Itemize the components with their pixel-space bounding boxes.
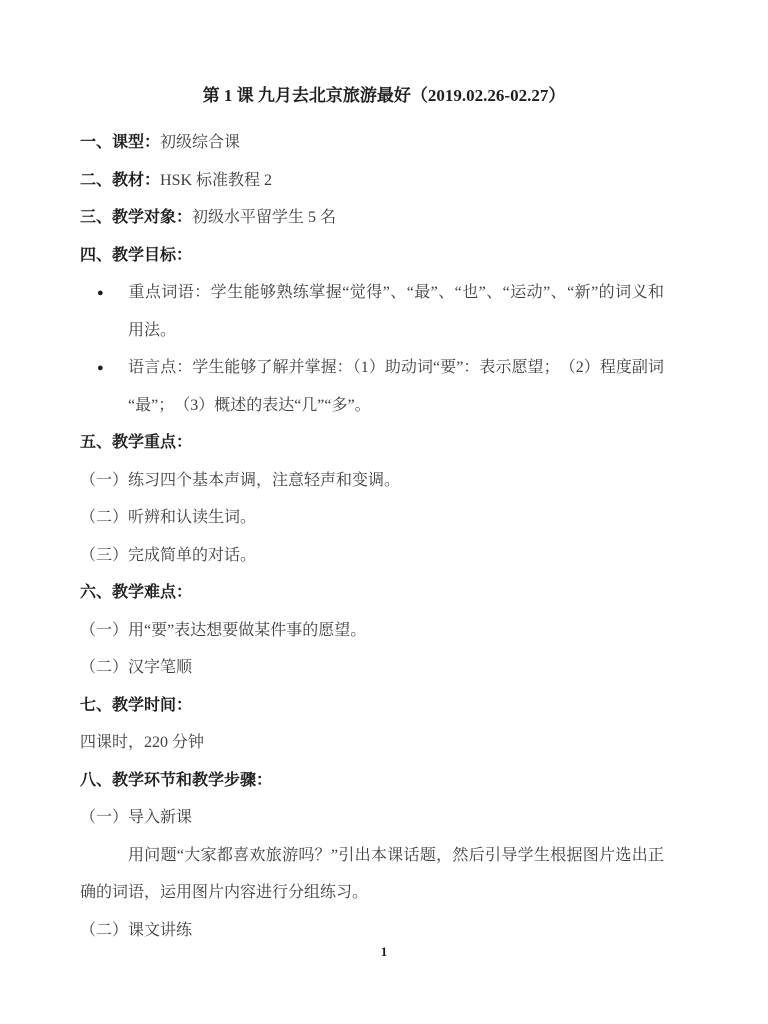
item-simple-dialogue: （三）完成简单的对话。 (80, 537, 664, 575)
item-listen-read-words: （二）听辨和认读生词。 (80, 499, 664, 537)
bullet-item-key-words-continued: 用法。 (80, 312, 664, 350)
heading-label: 四、教学目标： (80, 247, 192, 264)
item-lesson-introduction: （一）导入新课 (80, 799, 664, 837)
heading-value: HSK 标准教程 2 (160, 172, 272, 189)
paragraph-intro-line-1: 用问题“大家都喜欢旅游吗？”引出本课话题，然后引导学生根据图片选出正 (80, 837, 664, 875)
document-page: 第 1 课 九月去北京旅游最好（2019.02.26-02.27） 一、课型：初… (0, 0, 768, 1024)
heading-teaching-time: 七、教学时间： (80, 687, 664, 725)
heading-label: 五、教学重点： (80, 434, 192, 451)
bullet-text: 语言点：学生能够了解并掌握：（1）助动词“要”：表示愿望； （2）程度副词 (128, 359, 664, 376)
text-class-hours: 四课时，220 分钟 (80, 724, 664, 762)
item-stroke-order: （二）汉字笔顺 (80, 649, 664, 687)
heading-teaching-steps: 八、教学环节和教学步骤： (80, 762, 664, 800)
heading-label: 八、教学环节和教学步骤： (80, 772, 272, 789)
bullet-icon: ● (97, 350, 128, 388)
heading-course-type: 一、课型：初级综合课 (80, 124, 664, 162)
heading-label: 六、教学难点： (80, 584, 192, 601)
bullet-icon: ● (97, 275, 128, 313)
heading-key-points: 五、教学重点： (80, 424, 664, 462)
paragraph-intro-line-2: 确的词语，运用图片内容进行分组练习。 (80, 874, 664, 912)
bullet-text: “最”； （3）概述的表达“几”“多”。 (128, 397, 371, 414)
heading-label: 三、教学对象： (80, 209, 192, 226)
heading-difficulties: 六、教学难点： (80, 574, 664, 612)
bullet-item-language-points-continued: “最”； （3）概述的表达“几”“多”。 (80, 387, 664, 425)
heading-value: 初级水平留学生 5 名 (192, 209, 336, 226)
heading-objectives: 四、教学目标： (80, 237, 664, 275)
item-yao-expression: （一）用“要”表达想要做某件事的愿望。 (80, 612, 664, 650)
heading-textbook: 二、教材：HSK 标准教程 2 (80, 162, 664, 200)
bullet-item-key-words: ●重点词语：学生能够熟练掌握“觉得”、“最”、“也”、“运动”、“新”的词义和 (80, 274, 664, 312)
heading-value: 初级综合课 (160, 134, 240, 151)
heading-label: 二、教材： (80, 172, 160, 189)
bullet-text: 用法。 (128, 322, 176, 339)
page-number: 1 (0, 942, 768, 962)
document-body: 一、课型：初级综合课 二、教材：HSK 标准教程 2 三、教学对象：初级水平留学… (80, 124, 664, 949)
heading-label: 一、课型： (80, 134, 160, 151)
document-title: 第 1 课 九月去北京旅游最好（2019.02.26-02.27） (0, 83, 768, 109)
bullet-item-language-points: ●语言点：学生能够了解并掌握：（1）助动词“要”：表示愿望； （2）程度副词 (80, 349, 664, 387)
bullet-text: 重点词语：学生能够熟练掌握“觉得”、“最”、“也”、“运动”、“新”的词义和 (128, 284, 664, 301)
heading-teaching-target: 三、教学对象：初级水平留学生 5 名 (80, 199, 664, 237)
item-tone-practice: （一）练习四个基本声调，注意轻声和变调。 (80, 462, 664, 500)
heading-label: 七、教学时间： (80, 697, 192, 714)
